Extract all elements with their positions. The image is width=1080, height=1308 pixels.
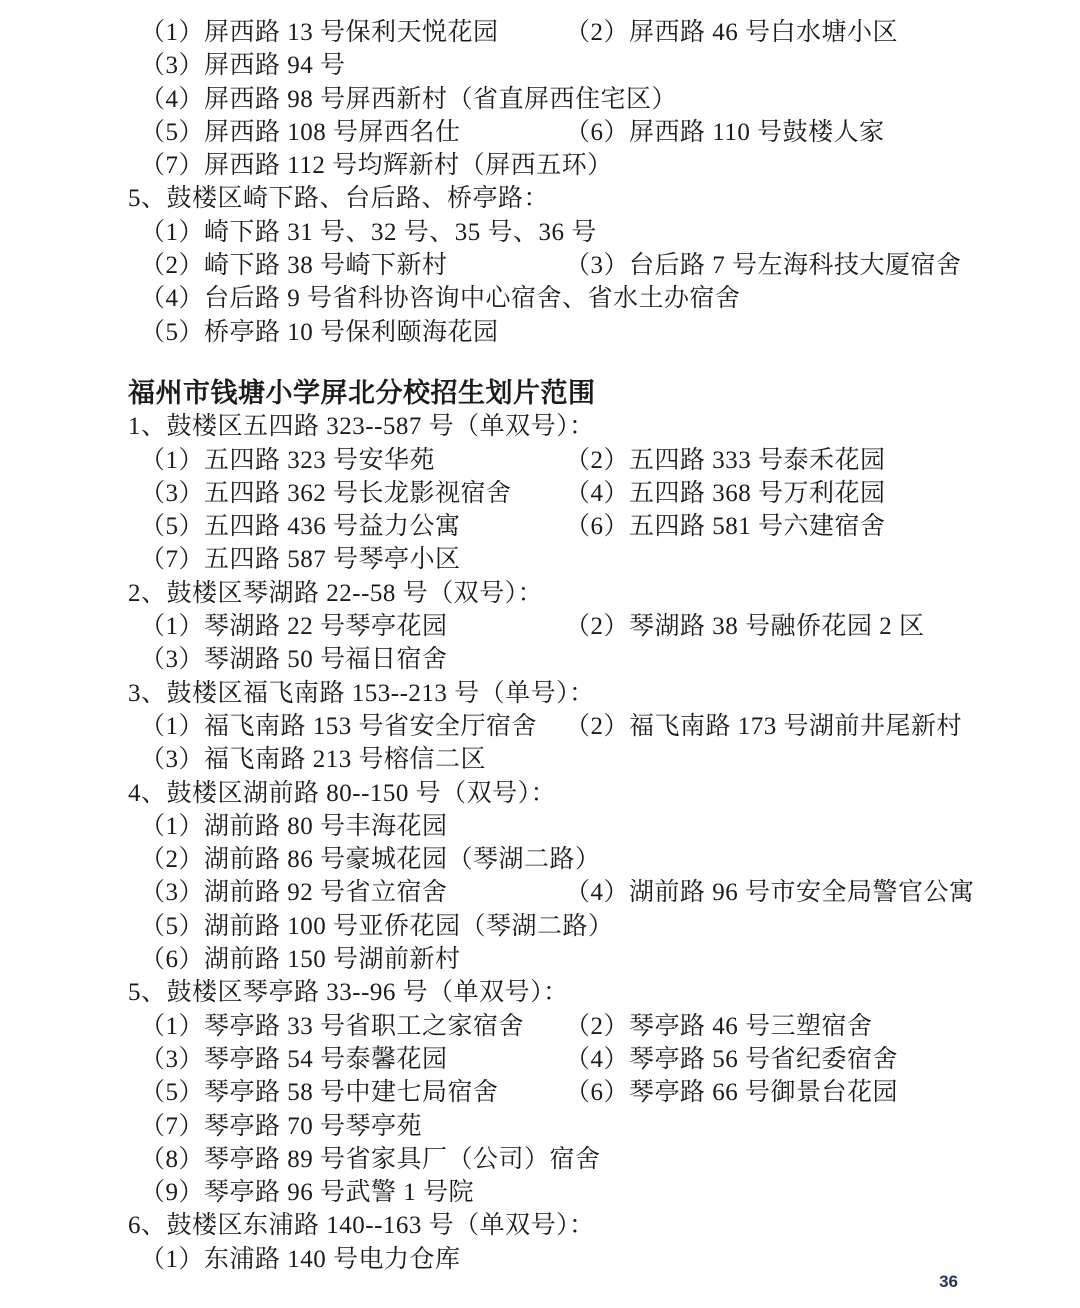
address-line: （3）琴湖路 50 号福日宿舍 bbox=[128, 643, 968, 676]
address-line: （7）五四路 587 号琴亭小区 bbox=[128, 543, 968, 576]
page-number: 36 bbox=[939, 1272, 958, 1292]
address-col2: （2）福飞南路 173 号湖前井尾新村 bbox=[565, 710, 968, 743]
address-line: （1）崎下路 31 号、32 号、35 号、36 号 bbox=[128, 216, 968, 249]
address-col2: （4）五四路 368 号万利花园 bbox=[565, 477, 968, 510]
address-col1: （1）福飞南路 153 号省安全厅宿舍 bbox=[140, 710, 565, 743]
document-content: （1）屏西路 13 号保利天悦花园（2）屏西路 46 号白水塘小区（3）屏西路 … bbox=[128, 16, 968, 1276]
address-col1: （2）崎下路 38 号崎下新村 bbox=[140, 249, 565, 282]
address-col2: （2）琴亭路 46 号三塑宿舍 bbox=[565, 1010, 968, 1043]
address-line: （5）湖前路 100 号亚侨花园（琴湖二路） bbox=[128, 910, 968, 943]
address-col2: （6）五四路 581 号六建宿舍 bbox=[565, 510, 968, 543]
address-line: （3）湖前路 92 号省立宿舍（4）湖前路 96 号市安全局警官公寓 bbox=[128, 876, 968, 909]
address-line: （5）屏西路 108 号屏西名仕（6）屏西路 110 号鼓楼人家 bbox=[128, 116, 968, 149]
address-line: （5）琴亭路 58 号中建七局宿舍（6）琴亭路 66 号御景台花园 bbox=[128, 1076, 968, 1109]
address-line: （8）琴亭路 89 号省家具厂（公司）宿舍 bbox=[128, 1143, 968, 1176]
address-line: （2）湖前路 86 号豪城花园（琴湖二路） bbox=[128, 843, 968, 876]
address-col1: （3）湖前路 92 号省立宿舍 bbox=[140, 876, 565, 909]
section-header: 3、鼓楼区福飞南路 153--213 号（单号）： bbox=[128, 677, 968, 710]
address-col1: （5）琴亭路 58 号中建七局宿舍 bbox=[140, 1076, 565, 1109]
section-gap bbox=[128, 349, 968, 377]
address-line: （2）崎下路 38 号崎下新村（3）台后路 7 号左海科技大厦宿舍 bbox=[128, 249, 968, 282]
address-line: （1）琴湖路 22 号琴亭花园（2）琴湖路 38 号融侨花园 2 区 bbox=[128, 610, 968, 643]
address-line: （4）台后路 9 号省科协咨询中心宿舍、省水土办宿舍 bbox=[128, 282, 968, 315]
address-col2: （2）屏西路 46 号白水塘小区 bbox=[565, 16, 968, 49]
section-header: 5、鼓楼区琴亭路 33--96 号（单双号）： bbox=[128, 976, 968, 1009]
address-line: （5）五四路 436 号益力公寓（6）五四路 581 号六建宿舍 bbox=[128, 510, 968, 543]
section-header: 5、鼓楼区崎下路、台后路、桥亭路： bbox=[128, 182, 968, 215]
address-line: （1）东浦路 140 号电力仓库 bbox=[128, 1243, 968, 1276]
address-col2: （4）琴亭路 56 号省纪委宿舍 bbox=[565, 1043, 968, 1076]
address-col2: （2）琴湖路 38 号融侨花园 2 区 bbox=[565, 610, 968, 643]
address-line: （6）湖前路 150 号湖前新村 bbox=[128, 943, 968, 976]
section-header: 2、鼓楼区琴湖路 22--58 号（双号）： bbox=[128, 577, 968, 610]
address-col1: （1）琴亭路 33 号省职工之家宿舍 bbox=[140, 1010, 565, 1043]
section-header: 1、鼓楼区五四路 323--587 号（单双号）： bbox=[128, 410, 968, 443]
address-col1: （1）五四路 323 号安华苑 bbox=[140, 444, 565, 477]
address-col1: （1）琴湖路 22 号琴亭花园 bbox=[140, 610, 565, 643]
address-col2: （2）五四路 333 号泰禾花园 bbox=[565, 444, 968, 477]
address-line: （1）琴亭路 33 号省职工之家宿舍（2）琴亭路 46 号三塑宿舍 bbox=[128, 1010, 968, 1043]
address-line: （9）琴亭路 96 号武警 1 号院 bbox=[128, 1176, 968, 1209]
address-line: （3）琴亭路 54 号泰馨花园（4）琴亭路 56 号省纪委宿舍 bbox=[128, 1043, 968, 1076]
address-line: （1）五四路 323 号安华苑（2）五四路 333 号泰禾花园 bbox=[128, 444, 968, 477]
address-line: （1）福飞南路 153 号省安全厅宿舍（2）福飞南路 173 号湖前井尾新村 bbox=[128, 710, 968, 743]
address-col1: （5）五四路 436 号益力公寓 bbox=[140, 510, 565, 543]
address-line: （3）福飞南路 213 号榕信二区 bbox=[128, 743, 968, 776]
address-col2: （4）湖前路 96 号市安全局警官公寓 bbox=[565, 876, 975, 909]
address-line: （1）湖前路 80 号丰海花园 bbox=[128, 810, 968, 843]
address-line: （4）屏西路 98 号屏西新村（省直屏西住宅区） bbox=[128, 83, 968, 116]
address-col1: （3）五四路 362 号长龙影视宿舍 bbox=[140, 477, 565, 510]
address-col1: （3）琴亭路 54 号泰馨花园 bbox=[140, 1043, 565, 1076]
address-line: （7）屏西路 112 号均辉新村（屏西五环） bbox=[128, 149, 968, 182]
address-line: （3）五四路 362 号长龙影视宿舍（4）五四路 368 号万利花园 bbox=[128, 477, 968, 510]
address-col2: （6）琴亭路 66 号御景台花园 bbox=[565, 1076, 968, 1109]
document-title: 福州市钱塘小学屏北分校招生划片范围 bbox=[128, 377, 968, 410]
section-header: 6、鼓楼区东浦路 140--163 号（单双号）： bbox=[128, 1209, 968, 1242]
section-header: 4、鼓楼区湖前路 80--150 号（双号）： bbox=[128, 777, 968, 810]
address-col1: （1）屏西路 13 号保利天悦花园 bbox=[140, 16, 565, 49]
address-col1: （5）屏西路 108 号屏西名仕 bbox=[140, 116, 565, 149]
address-col2: （3）台后路 7 号左海科技大厦宿舍 bbox=[565, 249, 968, 282]
address-line: （5）桥亭路 10 号保利颐海花园 bbox=[128, 316, 968, 349]
address-line: （7）琴亭路 70 号琴亭苑 bbox=[128, 1110, 968, 1143]
address-line: （1）屏西路 13 号保利天悦花园（2）屏西路 46 号白水塘小区 bbox=[128, 16, 968, 49]
document-page: （1）屏西路 13 号保利天悦花园（2）屏西路 46 号白水塘小区（3）屏西路 … bbox=[0, 0, 1080, 1308]
address-line: （3）屏西路 94 号 bbox=[128, 49, 968, 82]
address-col2: （6）屏西路 110 号鼓楼人家 bbox=[565, 116, 968, 149]
